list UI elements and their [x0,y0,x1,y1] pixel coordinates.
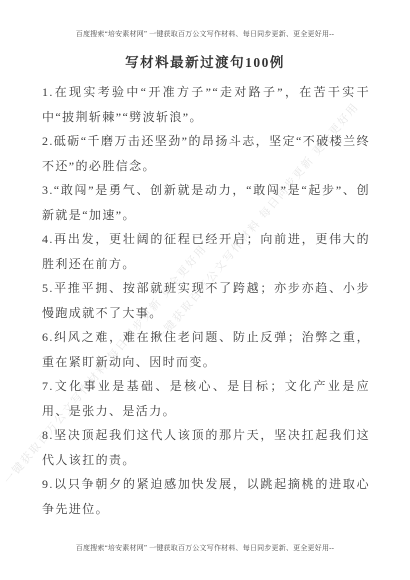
document-body: 1.在现实考验中“开准方子”“走对路子”，在苦干实干中“披荆斩棘”“劈波斩浪”。… [42,80,370,521]
list-item: 6.纠风之难，难在揪住老问题、防止反弹；治弊之重，重在紧盯新动向、因时而变。 [42,325,370,374]
footer-text: 百度搜索“培安素材网” 一键获取百万公文写作材料、每日同步更新、更全更好用-- [0,543,410,553]
document-page: 一键获取百万公文写作材料 每日同步更新 更全更好用 一键获取百万公文写作材料 每… [0,0,410,580]
list-item: 2.砥砺“千磨万击还坚劲”的昂扬斗志，坚定“不破楼兰终不还”的必胜信念。 [42,129,370,178]
list-item: 5.平推平拥、按部就班实现不了跨越；亦步亦趋、小步慢跑成就不了大事。 [42,276,370,325]
list-item: 7.文化事业是基础、是核心、是目标；文化产业是应用、是张力、是活力。 [42,374,370,423]
page-title: 写材料最新过渡句100例 [0,51,410,71]
header-text: 百度搜索“培安素材网” 一键获取百万公文写作材料、每日同步更新、更全更好用-- [0,29,410,39]
list-item: 3.“敢闯”是勇气、创新就是动力，“敢闯”是“起步”、创新就是“加速”。 [42,178,370,227]
list-item: 4.再出发，更壮阔的征程已经开启；向前进，更伟大的胜利还在前方。 [42,227,370,276]
list-item: 1.在现实考验中“开准方子”“走对路子”，在苦干实干中“披荆斩棘”“劈波斩浪”。 [42,80,370,129]
list-item: 8.坚决顶起我们这代人该顶的那片天，坚决扛起我们这代人该扛的责。 [42,423,370,472]
list-item: 9.以只争朝夕的紧迫感加快发展，以跳起摘桃的进取心争先进位。 [42,472,370,521]
